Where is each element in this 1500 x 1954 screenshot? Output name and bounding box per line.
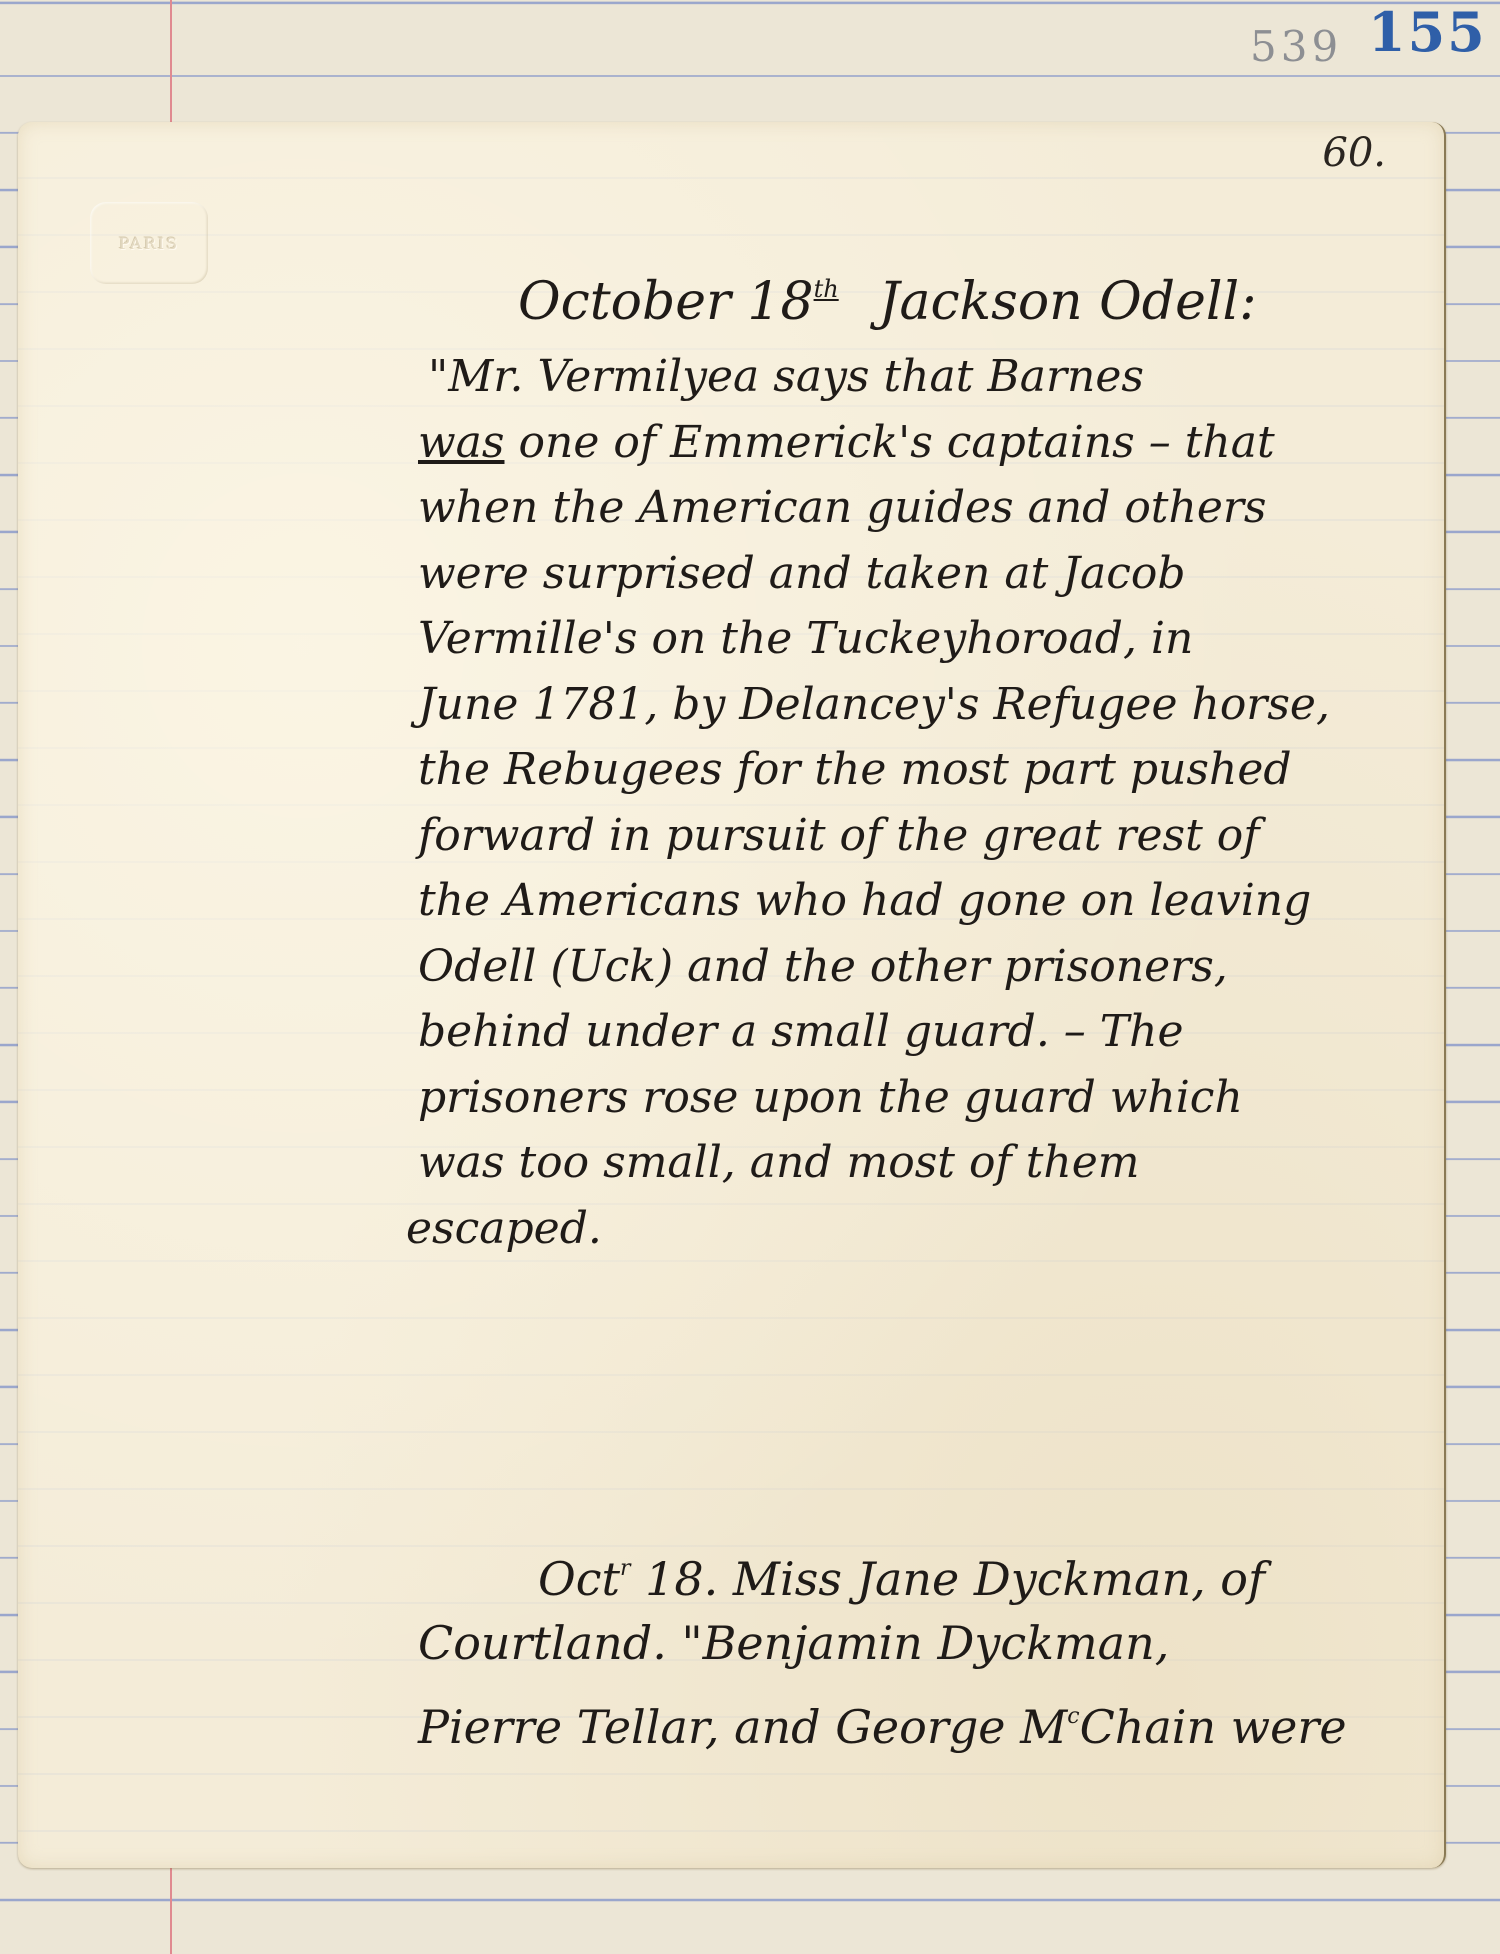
entry-1-line-2: was one of Emmerick's captains – that [418, 410, 1438, 476]
underlined-word: was [418, 417, 504, 468]
entry-1-line-3: when the American guides and others [418, 475, 1438, 541]
entry-1-line-4: were surprised and taken at Jacob [418, 541, 1438, 607]
entry-1-line-6: June 1781, by Delancey's Refugee horse, [418, 672, 1438, 738]
entry-1-body: "Mr. Vermilyea says that Barnes was one … [418, 344, 1438, 1261]
entry-2-line-2: Courtland. "Benjamin Dyckman, [418, 1606, 1438, 1680]
entry-1-name: Jackson Odell: [879, 272, 1257, 332]
entry-1-date-suffix: th [814, 275, 839, 303]
entry-1-line-1: "Mr. Vermilyea says that Barnes [418, 344, 1438, 410]
entry-1-date: October 18 [518, 272, 814, 332]
entry-1-line-10: Odell (Uck) and the other prisoners, [418, 934, 1438, 1000]
entry-1-line-14: escaped. [406, 1196, 1438, 1262]
entry-1-line-5: Vermille's on the Tuckeyhoroad, in [418, 606, 1438, 672]
entry-1-heading: October 18thJackson Odell: [518, 272, 1257, 332]
archive-stamp-gray-number: 539 [1250, 22, 1342, 71]
entry-1-line-13: was too small, and most of them [418, 1130, 1438, 1196]
entry-1-line-11: behind under a small guard. – The [418, 999, 1438, 1065]
folio-number: 60. [1322, 130, 1386, 176]
entry-1-line-8: forward in pursuit of the great rest of [418, 803, 1438, 869]
entry-2-line-1: Octr 18. Miss Jane Dyckman, of [418, 1532, 1438, 1606]
entry-1-line-7: the Rebugees for the most part pushed [418, 737, 1438, 803]
archive-stamp-blue-number: 155 [1368, 0, 1487, 64]
paris-emboss-mark: PARIS [90, 202, 208, 284]
entry-1-line-12: prisoners rose upon the guard which [418, 1065, 1438, 1131]
manuscript-sheet: PARIS 60. October 18thJackson Odell: "Mr… [18, 122, 1446, 1868]
entry-2: Octr 18. Miss Jane Dyckman, of Courtland… [418, 1532, 1438, 1754]
entry-2-line-3: Pierre Tellar, and George McChain were [418, 1680, 1438, 1754]
entry-1-line-9: the Americans who had gone on leaving [418, 868, 1438, 934]
